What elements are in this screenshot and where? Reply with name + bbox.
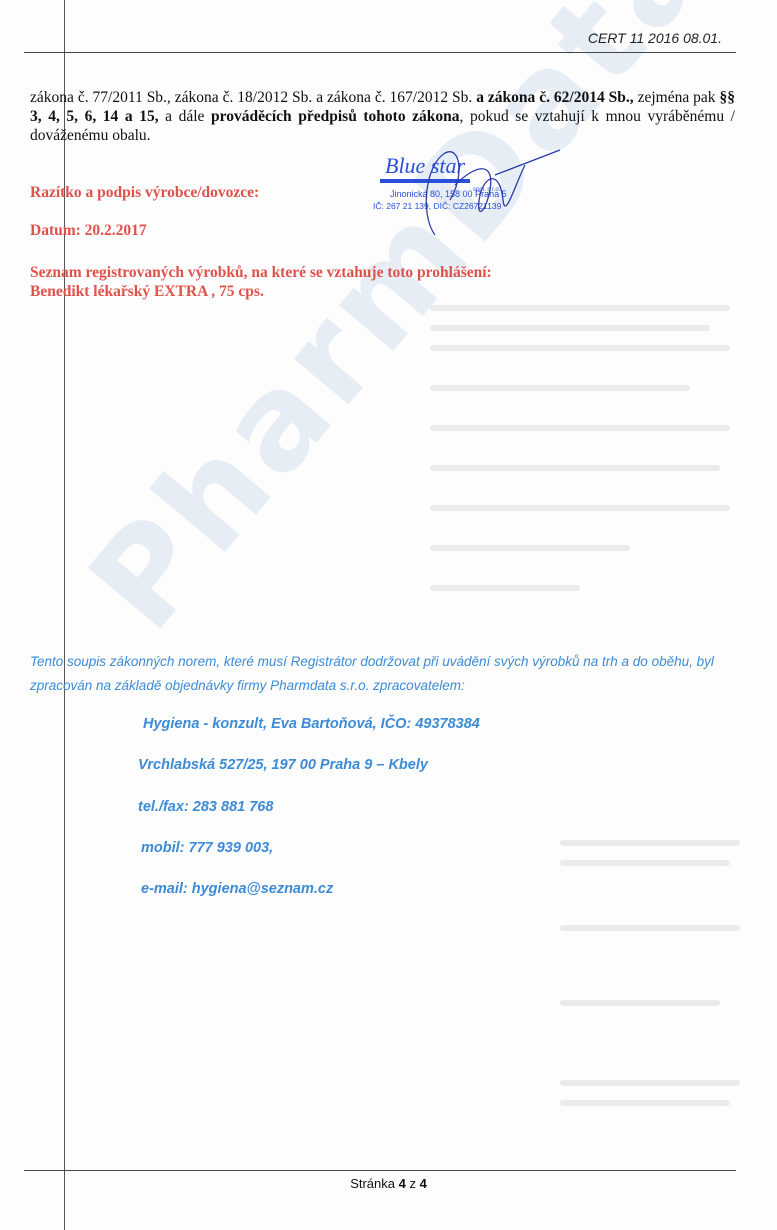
- page-prefix: Stránka: [350, 1176, 398, 1191]
- paragraph-run: a dále: [159, 108, 211, 125]
- product-item: Benedikt lékařský EXTRA , 75 cps.: [30, 283, 264, 301]
- footer-divider: [24, 1170, 736, 1171]
- page-separator: z: [406, 1176, 420, 1191]
- total-pages: 4: [420, 1176, 427, 1191]
- product-list-label: Seznam registrovaných výrobků, na které …: [30, 264, 492, 282]
- paragraph-run: zejména pak: [634, 89, 720, 106]
- processor-name: Hygiena - konzult, Eva Bartoňová, IČO: 4…: [143, 716, 480, 732]
- legal-paragraph: zákona č. 77/2011 Sb., zákona č. 18/2012…: [30, 88, 735, 145]
- paragraph-run: zákona č. 77/2011 Sb., zákona č. 18/2012…: [30, 89, 476, 106]
- document-id: CERT 11 2016 08.01.: [588, 30, 722, 46]
- paragraph-run: a zákona č. 62/2014 Sb.,: [476, 89, 633, 106]
- processor-phone: tel./fax: 283 881 768: [138, 799, 273, 815]
- header-divider: [24, 52, 736, 53]
- processor-mobile: mobil: 777 939 003,: [141, 840, 273, 856]
- signature-label: Razítko a podpis výrobce/dovozce:: [30, 184, 259, 202]
- date: Datum: 20.2.2017: [30, 222, 147, 240]
- stamp-company: Blue star: [385, 153, 465, 178]
- paragraph-run: prováděcích předpisů tohoto zákona: [211, 108, 460, 125]
- processor-email[interactable]: e-mail: hygiena@seznam.cz: [141, 881, 333, 897]
- current-page: 4: [399, 1176, 406, 1191]
- company-stamp-signature: Blue star spol. s r.o. Jinonická 80, 158…: [365, 145, 565, 240]
- processor-intro: Tento soupis zákonných norem, které musí…: [30, 650, 750, 698]
- page-number: Stránka 4 z 4: [0, 1176, 777, 1191]
- processor-address: Vrchlabská 527/25, 197 00 Praha 9 – Kbel…: [138, 757, 428, 773]
